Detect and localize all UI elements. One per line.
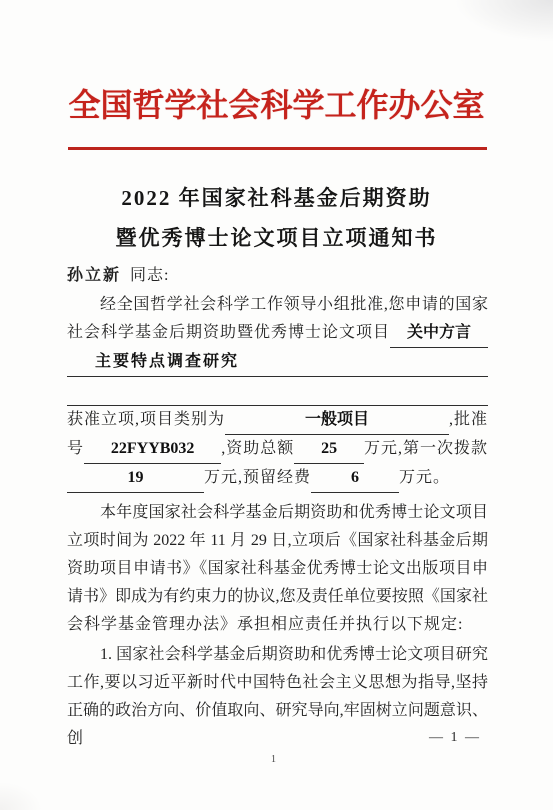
para2-line-2-text-2: ,资助总额 [221,435,294,463]
scan-sheet-number: 1 [271,754,276,765]
recipient-name: 孙立新 [67,267,121,284]
para2-line-1-text-1: 获准立项,项目类别为 [67,406,225,434]
greeting-line: 孙立新同志: [67,262,488,290]
scanned-document-page: 全国哲学社会科学工作办公室 2022 年国家社科基金后期资助 暨优秀博士论文项目… [0,0,553,810]
para1-line-3: 主要特点调查研究 [67,348,488,377]
para2-line-2-text-3: 万元,第一次拨款 [364,435,488,463]
para2-line-1: 获准立项,项目类别为 一般项目 ,批准 [67,406,488,435]
para4-line-2: 工作,要以习近平新时代中国特色社会主义思想为指导,坚持 [67,669,488,697]
fill-reserved-funds: 6 [311,464,399,493]
greeting-suffix: 同志: [130,267,169,284]
document-body: 孙立新同志: 经全国哲学社会科学工作领导小组批准,您申请的国家 社会科学基金后期… [67,262,488,753]
para1-line-2: 社会科学基金后期资助暨优秀博士论文项目 关中方言 [67,319,488,348]
para4-line-3: 正确的政治方向、价值取向、研究导向,牢固树立问题意识、创 [67,697,488,753]
para2-line-2: 号 22FYYB032 ,资助总额 25 万元,第一次拨款 [67,435,488,464]
masthead-rule [68,147,487,150]
document-title-line-2: 暨优秀博士论文项目立项通知书 [0,218,553,258]
para1-line-1: 经全国哲学社会科学工作领导小组批准,您申请的国家 [67,291,488,319]
para3-line-3: 资助项目申请书》《国家社科基金优秀博士论文出版项目申 [67,555,488,583]
para2-line-1-text-2: ,批准 [449,406,488,434]
para2-line-2-text-1: 号 [67,435,84,463]
para1-line-2-text: 社会科学基金后期资助暨优秀博士论文项目 [67,319,390,347]
document-title-line-1: 2022 年国家社科基金后期资助 [0,178,553,218]
para3: 本年度国家社会科学基金后期资助和优秀博士论文项目 立项时间为 2022 年 11… [67,499,488,639]
fill-approval-number: 22FYYB032 [84,435,221,464]
blank-fill-line [67,377,488,406]
para4: 1. 国家社会科学基金后期资助和优秀博士论文项目研究 工作,要以习近平新时代中国… [67,641,488,753]
fill-first-payment: 19 [67,464,204,493]
fill-project-title-part-2: 主要特点调查研究 [67,353,239,370]
org-name-masthead: 全国哲学社会科学工作办公室 [0,80,553,126]
para2-line-3-text-2: 万元。 [399,464,450,492]
para3-line-5: 会科学基金管理办法》承担相应责任并执行以下规定: [67,611,488,639]
fill-total-funding: 25 [294,435,364,464]
para4-line-1: 1. 国家社会科学基金后期资助和优秀博士论文项目研究 [67,641,488,669]
page-number: — 1 — [429,730,481,746]
para2-line-3: 19 万元,预留经费 6 万元。 [67,464,488,493]
document-title: 2022 年国家社科基金后期资助 暨优秀博士论文项目立项通知书 [0,178,553,258]
fill-project-title-part-1: 关中方言 [390,319,488,348]
para2-line-3-text-1: 万元,预留经费 [204,464,311,492]
fill-project-category: 一般项目 [225,406,449,435]
para3-line-4: 请书》即成为有约束力的协议,您及责任单位要按照《国家社 [67,583,488,611]
para3-line-2: 立项时间为 2022 年 11 月 29 日,立项后《国家社科基金后期 [67,527,488,555]
para3-line-1: 本年度国家社会科学基金后期资助和优秀博士论文项目 [67,499,488,527]
